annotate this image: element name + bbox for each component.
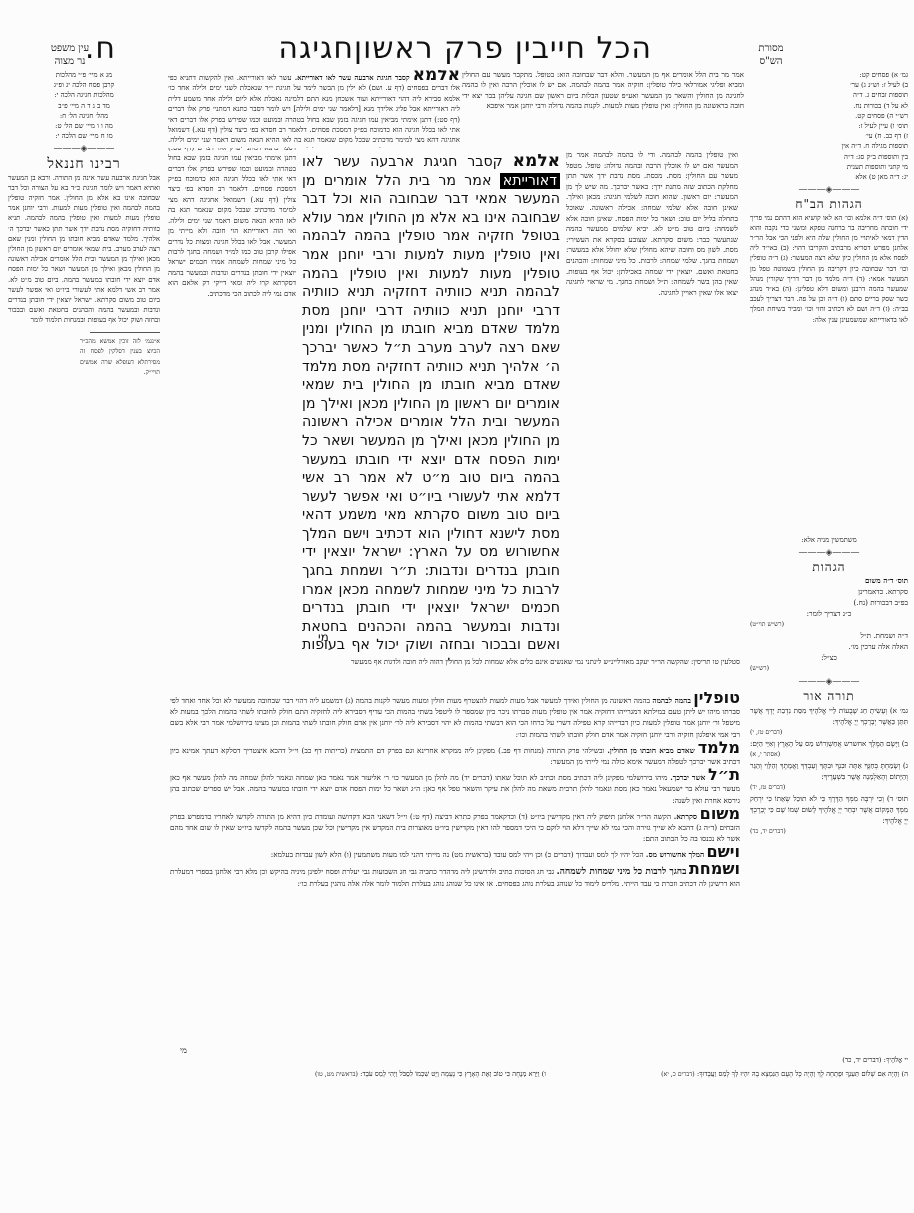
hagahot-line: בפ״ב דבכורות (נח.) xyxy=(750,597,908,608)
footer-verse-ref: (דברים כ, יא) xyxy=(661,1071,695,1078)
hagahot-line: תוס׳ ד״ה משום xyxy=(750,575,908,586)
tosafot-entry-heading: בחגך לרבות כל מיני שמחות לשמחה. xyxy=(557,867,687,877)
masoret-line: בין ותוספות ב״ק סג: ד״ה xyxy=(750,152,908,162)
masoret-line: לא על ד) בכורות נח. xyxy=(750,101,908,111)
gemara-opening-2: חגיגת ארבעה עשר לאו xyxy=(302,154,457,170)
ein-mishpat-line: מהל׳ חגיגה הל׳ ח: xyxy=(8,111,160,121)
rashi-column: ואין טופלין בהמה לבהמה. ודי לו בהמה לבהמ… xyxy=(566,150,738,650)
footer-verse-text: ה) וְהָיָה אִם שָׁלוֹם תַּעַנְךָ וּפָתְח… xyxy=(697,1070,908,1078)
footer-verse-text: ו) וַיַּרְא מְנֻחָה כִּי טוֹב וְאֶת הָאָ… xyxy=(360,1070,546,1078)
masoret-line: תוס׳ ו) עיין לעיל ז: xyxy=(750,121,908,131)
gemara-catchword: מי xyxy=(318,630,329,644)
tosafot-entry-heading: סקרתא. xyxy=(674,812,697,821)
rabbeinu-chananel-note: א״נגמ׳ לזה זוכין אמשא מהכ״ר הכיוצ בענין … xyxy=(80,337,160,379)
hagahot-habach-text: (א) תוס׳ ד״ה אלמא וכו׳ הא לאו קושיא הוא … xyxy=(750,213,908,533)
hagahot-line: האלה אלה ערכין מו׳. xyxy=(750,641,908,652)
tosafot-bottom-block: טופלין בהמה לבהמה בהמה ראשונה מן החולין … xyxy=(170,692,740,1037)
masoret-hashas-entries: גמ׳ א) פסחים קט: ב) לעיל ז: וש״נ ג) ער׳ … xyxy=(750,70,908,182)
tosafot-entry: מלמד שאדם מביא חובתו מן החולין. ובשילהי … xyxy=(170,742,740,767)
rashi-text: ואין טופלין בהמה לבהמה. ודי לו בהמה לבהמ… xyxy=(566,150,738,298)
tosafot-entry-lead: טופלין xyxy=(693,692,740,707)
ein-mishpat-line: מה ו ו מיי׳ שם הל׳ ט: xyxy=(8,121,160,131)
torah-or-ref: (דברים טז, יד) xyxy=(750,782,908,793)
ein-mishpat-label: עין משפט נר מצוה xyxy=(40,42,100,68)
ornament-divider xyxy=(750,185,908,195)
gemara-lead-word: אלמא xyxy=(513,152,560,171)
right-note-line: משתמשין מניה אלא: xyxy=(750,535,908,545)
tosafot-entry-heading: אשר יברכך. xyxy=(670,773,705,782)
tosafot-entry-lead: ושמחת xyxy=(689,859,740,878)
gemara-main-text: אלמא קסבר חגיגת ארבעה עשר לאו דאורייתא א… xyxy=(302,152,560,660)
torah-or-verse: ג) וְשָׂמַחְתָּ בְּחַגֶּךָ אַתָּה וּבִנְ… xyxy=(750,760,908,782)
torah-or-title: תורה אור xyxy=(750,691,908,701)
footer-verse-e: ה) וְהָיָה אִם שָׁלוֹם תַּעַנְךָ וּפָתְח… xyxy=(530,1069,908,1080)
gemara-bottom-note: סטלעין טו תריסין: שהקשה הר״ר יעקב מאורלי… xyxy=(170,657,740,693)
hagahot-line: ד״ה ושמחת. ת״ל xyxy=(750,630,908,641)
tosafot-entry-body: הכל יהיו לך למס ועבדוך (דברים כ) וכן ויה… xyxy=(271,850,644,859)
tosafot-top-body: עשר לאו דאורייתא. ואין להקשות דתניא כפי … xyxy=(168,74,460,148)
rabbeinu-chananel-text: אבל חגיגת ארבעה עשר אינה מן התורה. ורבא … xyxy=(8,173,160,326)
gemara-body: אמר מר בית הלל אומרים מן המעשר אמאי דבר … xyxy=(302,173,560,660)
tosafot-entry-heading: שאדם מביא חובתו מן החולין. xyxy=(607,746,694,755)
ornament-divider xyxy=(750,677,908,687)
ein-mishpat-line: מג א מיי׳ פ״י מהלכות xyxy=(8,70,160,80)
torah-or-entries: גמ׳ א) וְעָשִׂיתָ חַג שָׁבֻעוֹת לַיי אֱל… xyxy=(750,705,908,837)
masoret-line: תוספות מגילה ח. ד״ה אין xyxy=(750,141,908,151)
hagahot-entries: תוס׳ ד״ה משום סקרתא. כדאמרינן בפ״ב דבכור… xyxy=(750,575,908,674)
hagahot-line: כצ״ל: xyxy=(750,652,908,663)
tosafot-entry-lead: מלמד xyxy=(698,738,740,757)
tractate-title: חגיגה xyxy=(278,34,354,64)
tosafot-entry-body: הקשה הר״ר אלחנן תיפוק ליה דאין מקדישין ב… xyxy=(170,812,740,843)
ornament-divider xyxy=(8,144,160,155)
tosafot-top-left-wide: אלמא קסבר חגיגת ארבעה עשר לאו דאורייתא. … xyxy=(168,70,460,148)
footer-top-ref: יי אֱלֹהֶיךָ: (דברים יד, כד) xyxy=(750,1055,908,1065)
tosafot-entry-lead: משום xyxy=(700,804,740,823)
masoret-line: ב) לעיל ז: וש״נ ג) ער׳ xyxy=(750,80,908,90)
hagahot-line: (רש״ש) xyxy=(750,663,908,674)
tosafot-entry: משום סקרתא. הקשה הר״ר אלחנן תיפוק ליה דא… xyxy=(170,808,740,845)
masoret-line: רש״י ה) פסחים קט. xyxy=(750,111,908,121)
hagahot-habach-title: הגהות הב"ח xyxy=(750,199,908,209)
ein-mishpat-entries: מג א מיי׳ פ״י מהלכות קרבן פסח הלכה יג ופ… xyxy=(8,70,160,141)
tosafot-catchword: מי xyxy=(180,1046,187,1055)
masoret-line: תוספות זבחים ג. ד״ה xyxy=(750,90,908,100)
masoret-label-line1: מסורת xyxy=(746,42,796,55)
gemara-opening: קסבר xyxy=(467,154,502,170)
tosafot-top-left-para: אלמא קסבר חגיגת ארבעה עשר לאו דאורייתא. … xyxy=(168,70,460,148)
rashi-top-right-wide: אמר מר בית הלל אומרים אף מן המעשר. והלא … xyxy=(462,70,744,148)
tosafot-entry-heading: בהמה לבהמה xyxy=(652,696,690,705)
tosafot-lead-word: אלמא xyxy=(413,70,460,85)
right-margin-column: גמ׳ א) פסחים קט: ב) לעיל ז: וש״נ ג) ער׳ … xyxy=(750,70,908,1080)
tosafot-entry: טופלין בהמה לבהמה בהמה ראשונה מן החולין … xyxy=(170,692,740,740)
ein-mishpat-line1: עין משפט xyxy=(40,42,100,55)
torah-or-verse: תוס׳ ד) וְכִי יִרְבֶּה מִמְּךָ הַדֶּרֶךְ… xyxy=(750,793,908,826)
tosafot-entry: וישם המלך אחשורוש מס. הכל יהיו לך למס וע… xyxy=(170,846,740,860)
ein-mishpat-line: מהלכות חגיגה הלכה י: xyxy=(8,90,160,100)
torah-or-ref: (דברים טז, י) xyxy=(750,727,908,738)
tosafot-top-heading: קסבר חגיגת ארבעה עשר לאו דאורייתא. xyxy=(295,73,410,82)
tosafot-entry: ת״ל אשר יברכך. מיהו בירושלמי מפקינן ליה … xyxy=(170,769,740,806)
tosafot-entry-body: מיהו בירושלמי מפקינן ליה דכתיב מסת וכתיב… xyxy=(170,773,740,804)
tosafot-entry-lead: ת״ל xyxy=(708,765,740,784)
ein-mishpat-line: מד ב ג ד ה מיי׳ פ״ב xyxy=(8,101,160,111)
masoret-line: גמ׳ א) פסחים קט: xyxy=(750,70,908,80)
hagahot-line: כ״נ דצריך לומר: xyxy=(750,608,908,619)
gemara-highlight-word: דאורייתא xyxy=(500,173,560,189)
rabbeinu-chananel-title: רבינו חננאל xyxy=(8,159,160,170)
tosafot-left-column: עשר לאו דאורייתא. ואין להקשות דתניא כפי … xyxy=(168,70,296,650)
ein-mishpat-line: מו ח מיי׳ שם הלכה י: xyxy=(8,131,160,141)
masoret-label-line2: הש"ס xyxy=(746,55,796,68)
ein-mishpat-column: מג א מיי׳ פ״י מהלכות קרבן פסח הלכה יג ופ… xyxy=(8,70,160,890)
footer-verse-f: ו) וַיַּרְא מְנֻחָה כִּי טוֹב וְאֶת הָאָ… xyxy=(186,1069,546,1080)
ein-mishpat-line2: נר מצוה xyxy=(40,55,100,68)
ein-mishpat-line: קרבן פסח הלכה יג ופ״ג xyxy=(8,80,160,90)
tosafot-entry: ושמחת בחגך לרבות כל מיני שמחות לשמחה. גב… xyxy=(170,863,740,889)
note-divider xyxy=(90,332,160,333)
torah-or-verse: גמ׳ א) וְעָשִׂיתָ חַג שָׁבֻעוֹת לַיי אֱל… xyxy=(750,705,908,727)
torah-or-ref: (דברים יד, כד) xyxy=(750,826,908,837)
masoret-line: ז) דף כב. ח) עי׳ xyxy=(750,131,908,141)
perek-number-title: פרק ראשון xyxy=(354,34,504,64)
masoret-line: מי קתני ותוספות תענית xyxy=(750,162,908,172)
torah-or-verse: ב) וַיָּשֶׂם הַמֶּלֶךְ אחשרש אֲחַשְׁוֵרו… xyxy=(750,738,908,749)
rashi-top-text: אמר מר בית הלל אומרים אף מן המעשר. והלא … xyxy=(462,70,744,112)
masoret-line: יג: ד״ה מאן ט) אלא xyxy=(750,172,908,182)
masoret-hashas-label: מסורת הש"ס xyxy=(746,42,796,68)
hagahot-title: הגהות xyxy=(750,562,908,572)
hagahot-line: סקרתא. כדאמרינן xyxy=(750,586,908,597)
perek-name-title: הכל חייבין xyxy=(515,34,652,64)
hagahot-line: (רש״ש תוי״ט) xyxy=(750,619,908,630)
torah-or-ref: (אסתר י, א) xyxy=(750,749,908,760)
ornament-divider xyxy=(750,548,908,558)
footer-verse-ref: (בראשית מט, טו) xyxy=(315,1071,358,1078)
